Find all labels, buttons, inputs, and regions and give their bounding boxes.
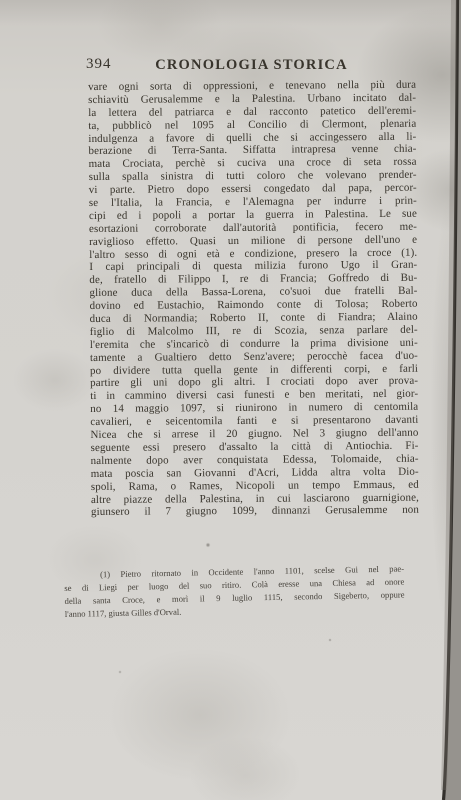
running-header-title: CRONOLOGIA STORICA [88,57,415,74]
body-text-block: vare ogni sorta di oppressioni, e teneva… [88,79,419,520]
footnote-block: (1) Pietro ritornato in Occidente l'anno… [64,563,405,621]
body-text-line: giunsero il 7 giugno 1099, dinnanzi Geru… [91,504,419,519]
book-page-scan: 394 CRONOLOGIA STORICA vare ogni sorta d… [0,0,461,800]
